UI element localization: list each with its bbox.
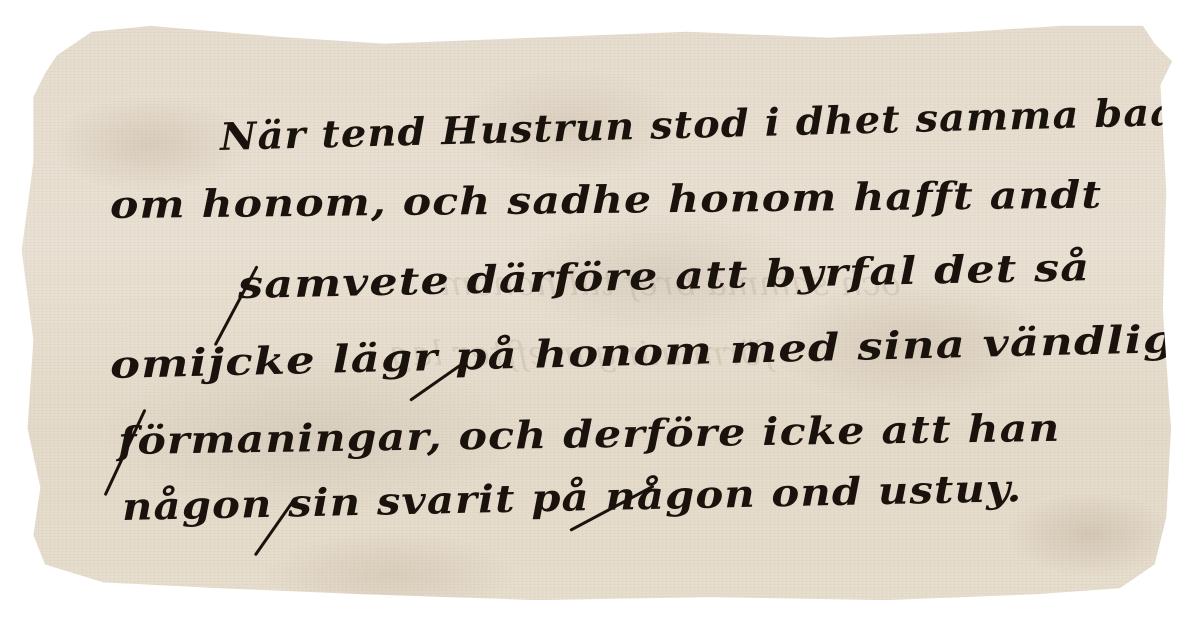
manuscript-line-1: När tend Hustrun stod i dhet samma baak [219, 88, 1200, 159]
manuscript-line-2: om honom, och sadhe honom hafft andt [110, 172, 1103, 227]
manuscript-line-3: samvete därföre att byrfal det så [238, 244, 1091, 307]
manuscript-line-6: någon sin svarit på någon ond ustuy. [122, 465, 1023, 529]
manuscript-line-4: omijcke lägr på honom med sina vändlig. [109, 316, 1192, 387]
aged-paper: och samma bref till honom förmaningar ef… [10, 14, 1178, 606]
manuscript-image: och samma bref till honom förmaningar ef… [0, 0, 1200, 622]
manuscript-line-5: förmaningar, och derföre icke att han [118, 405, 1061, 463]
